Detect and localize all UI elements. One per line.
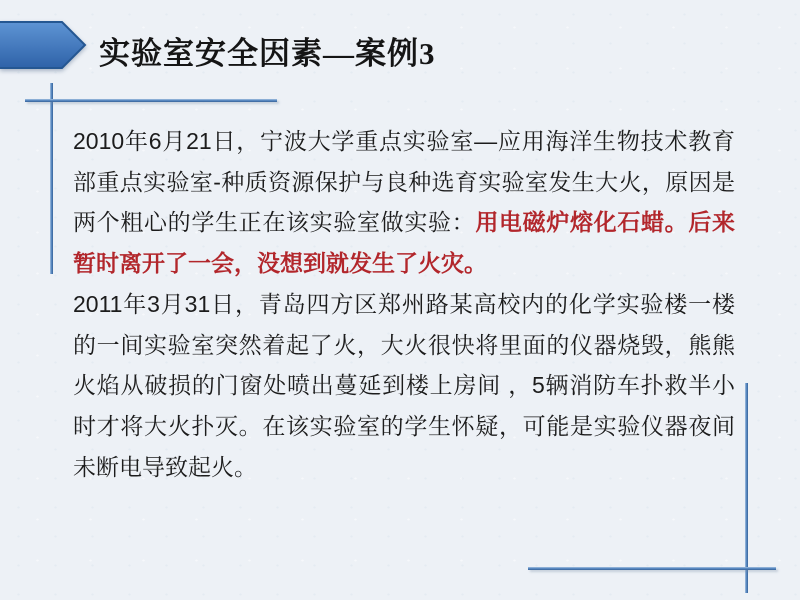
crosshair-horizontal-line-top-left — [25, 99, 277, 102]
crosshair-vertical-line-top-left — [50, 83, 53, 274]
slide: 实验室安全因素—案例3 2010年6月21日，宁波大学重点实验室—应用海洋生物技… — [0, 0, 800, 600]
text-run: 2011年3月31日，青岛四方区郑州路某高校内的化学实验楼一楼的一间实验室突然着… — [73, 291, 735, 480]
body-text: 2010年6月21日，宁波大学重点实验室—应用海洋生物技术教育部重点实验室-种质… — [73, 121, 735, 487]
crosshair-horizontal-line-bottom-right — [528, 567, 776, 570]
crosshair-vertical-line-bottom-right — [745, 383, 748, 593]
slide-title: 实验室安全因素—案例3 — [99, 28, 436, 73]
paragraph: 2011年3月31日，青岛四方区郑州路某高校内的化学实验楼一楼的一间实验室突然着… — [73, 284, 735, 488]
title-arrow-icon — [0, 20, 88, 70]
paragraph: 2010年6月21日，宁波大学重点实验室—应用海洋生物技术教育部重点实验室-种质… — [73, 121, 735, 284]
